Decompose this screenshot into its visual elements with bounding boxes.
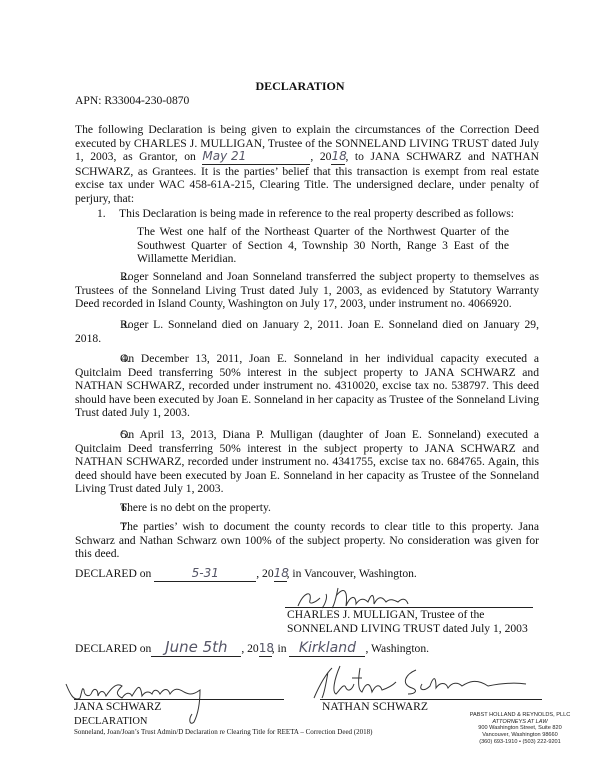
item-6: 6.There is no debt on the property. — [75, 501, 539, 515]
handwritten-declared-year: 18 — [259, 641, 274, 655]
item-number: 7. — [98, 520, 120, 534]
grantor-date-blank: May 21 — [202, 150, 310, 165]
intro-text-2: , 20 — [310, 150, 331, 163]
item-3: 3.Roger L. Sonneland died on January 2, … — [75, 318, 539, 345]
handwritten-declared-date: June 5th — [165, 638, 227, 656]
document-title: DECLARATION — [0, 79, 600, 94]
charles-name-line-1: CHARLES J. MULLIGAN, Trustee of the — [287, 608, 484, 622]
jana-name: JANA SCHWARZ — [74, 700, 161, 714]
firm-address-1: 900 Washington Street, Suite 820 — [445, 725, 595, 732]
item-text: Roger Sonneland and Joan Sonneland trans… — [75, 270, 539, 310]
declared-city-blank: Kirkland — [289, 642, 365, 657]
item-text: Roger L. Sonneland died on January 2, 20… — [75, 318, 539, 345]
item-text: The parties’ wish to document the county… — [75, 520, 539, 560]
charles-name-line-2: SONNELAND LIVING TRUST dated July 1, 200… — [287, 622, 528, 636]
item-7: 7.The parties’ wish to document the coun… — [75, 520, 539, 561]
item-text: There is no debt on the property. — [120, 501, 271, 514]
firm-address-2: Vancouver, Washington 98660 — [445, 732, 595, 739]
declared-suffix: , Washington. — [365, 642, 429, 655]
declared-line-2: DECLARED onJune 5th, 2018, in Kirkland, … — [75, 642, 575, 657]
item-number: 5. — [98, 428, 120, 442]
declared-line-1: DECLARED on 5-31, 2018, in Vancouver, Wa… — [75, 567, 545, 582]
declared-mid: , 20 — [241, 642, 258, 655]
item-number: 3. — [98, 318, 120, 332]
declared-suffix: , in Vancouver, Washington. — [287, 567, 417, 580]
law-firm-block: PABST HOLLAND & REYNOLDS, PLLC ATTORNEYS… — [445, 712, 595, 746]
handwritten-declared-date: 5-31 — [192, 566, 219, 580]
intro-paragraph: The following Declaration is being given… — [75, 123, 539, 206]
legal-description: The West one half of the Northeast Quart… — [137, 225, 509, 266]
item-text: This Declaration is being made in refere… — [119, 207, 514, 220]
declared-prefix: DECLARED on — [75, 567, 151, 580]
declared-year-blank: 18 — [274, 567, 287, 582]
firm-tagline: ATTORNEYS AT LAW — [445, 719, 595, 726]
firm-name: PABST HOLLAND & REYNOLDS, PLLC — [445, 712, 595, 719]
declared-year-blank: 18 — [259, 642, 272, 657]
handwritten-grantor-date: May 21 — [202, 149, 246, 163]
item-5: 5.On April 13, 2013, Diana P. Mulligan (… — [75, 428, 539, 496]
item-number: 4. — [98, 352, 120, 366]
handwritten-declared-city: Kirkland — [299, 640, 356, 656]
grantor-year-blank: 18 — [331, 150, 345, 165]
handwritten-grantor-year: 18 — [331, 149, 346, 163]
declared-prefix: DECLARED on — [75, 642, 151, 655]
item-4: 4.On December 13, 2011, Joan E. Sonnelan… — [75, 352, 539, 420]
handwritten-declared-year: 18 — [274, 566, 289, 580]
item-text: On December 13, 2011, Joan E. Sonneland … — [75, 352, 539, 419]
declared-date-blank: June 5th — [151, 642, 241, 657]
declared-mid: , 20 — [256, 567, 273, 580]
firm-phone: (360) 693-1910 • (503) 222-9201 — [445, 739, 595, 746]
item-text: On April 13, 2013, Diana P. Mulligan (da… — [75, 428, 539, 495]
footer-title: DECLARATION — [74, 716, 148, 727]
item-2: 2.Roger Sonneland and Joan Sonneland tra… — [75, 270, 539, 311]
item-number: 2. — [98, 270, 120, 284]
nathan-schwarz-signature — [312, 664, 542, 704]
item-number: 1. — [97, 207, 119, 221]
nathan-name: NATHAN SCHWARZ — [322, 700, 428, 714]
footer-path: Sonneland, Joan/Joan’s Trust Admin/D Dec… — [74, 728, 372, 736]
apn-number: APN: R33004-230-0870 — [75, 94, 189, 108]
declared-date-blank: 5-31 — [154, 567, 256, 582]
item-number: 6. — [98, 501, 120, 515]
item-1: 1.This Declaration is being made in refe… — [97, 207, 537, 221]
